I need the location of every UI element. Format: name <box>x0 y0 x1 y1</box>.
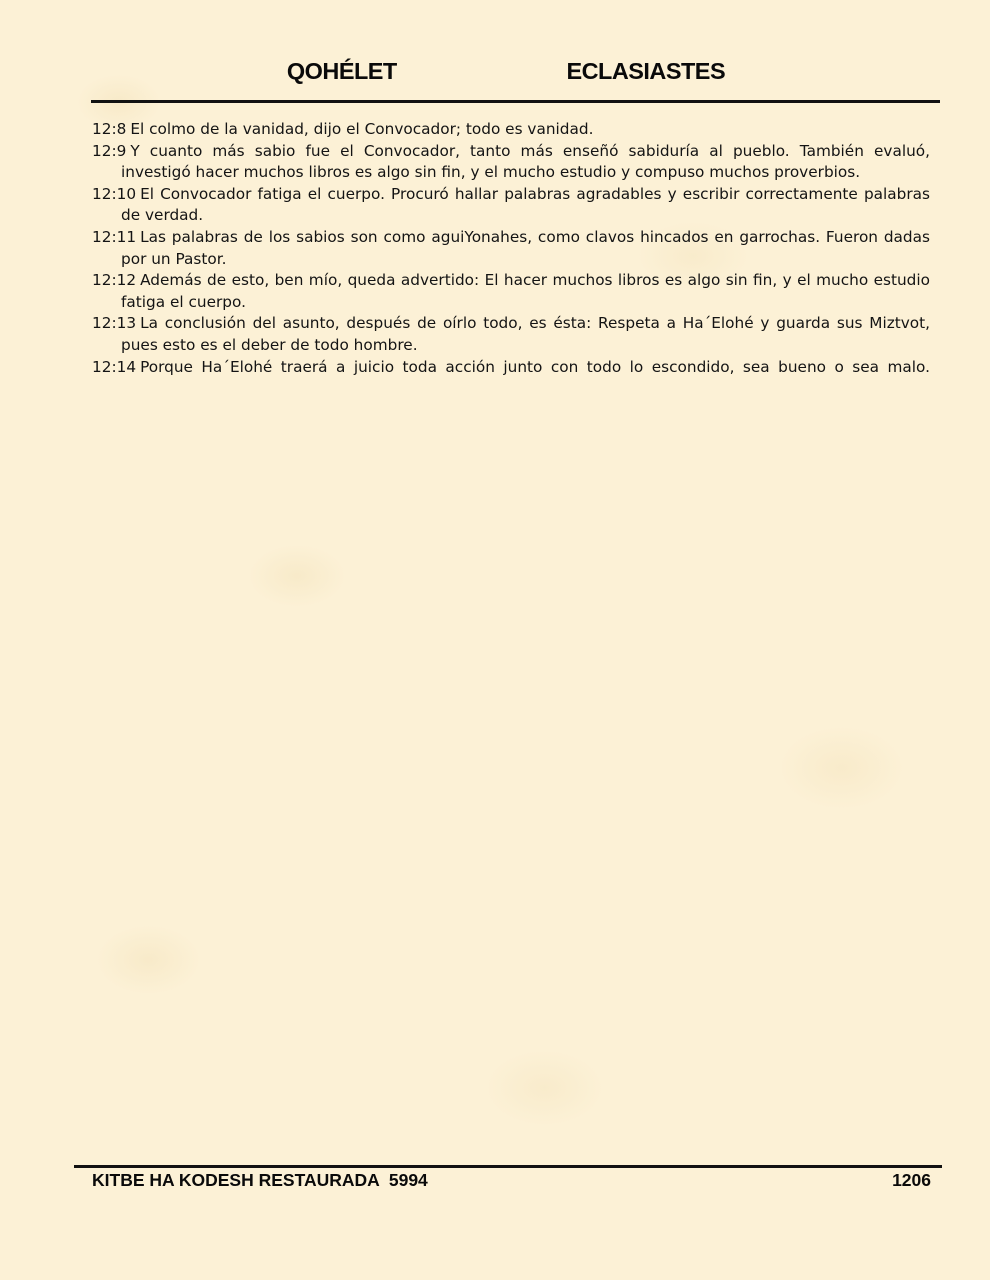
verse-list: 12:8El colmo de la vanidad, dijo el Conv… <box>92 119 930 378</box>
footer-publication-title: KITBE HA KODESH RESTAURADA 5994 <box>92 1170 428 1191</box>
verse-ref: 12:8 <box>92 120 126 138</box>
verse-ref: 12:11 <box>92 228 136 246</box>
footer-divider <box>74 1165 942 1168</box>
verse-12-8: 12:8El colmo de la vanidad, dijo el Conv… <box>92 119 930 141</box>
verse-12-10: 12:10El Convocador fatiga el cuerpo. Pro… <box>92 184 930 227</box>
verse-text: Porque Ha´Elohé traerá a juicio toda acc… <box>140 358 930 376</box>
header-divider <box>91 100 940 103</box>
verse-text: El colmo de la vanidad, dijo el Convocad… <box>130 120 593 138</box>
verse-text: Y cuanto más sabio fue el Convocador, ta… <box>121 142 930 182</box>
verse-12-11: 12:11Las palabras de los sabios son como… <box>92 227 930 270</box>
page-number: 1206 <box>892 1170 931 1191</box>
verse-text: Las palabras de los sabios son como agui… <box>121 228 930 268</box>
verse-12-9: 12:9Y cuanto más sabio fue el Convocador… <box>92 141 930 184</box>
verse-text: La conclusión del asunto, después de oír… <box>121 314 930 354</box>
verse-ref: 12:10 <box>92 185 136 203</box>
book-title-spanish: ECLASIASTES <box>566 58 725 85</box>
verse-ref: 12:12 <box>92 271 136 289</box>
verse-12-14: 12:14Porque Ha´Elohé traerá a juicio tod… <box>92 357 930 379</box>
verse-text: Además de esto, ben mío, queda advertido… <box>121 271 930 311</box>
verse-12-12: 12:12Además de esto, ben mío, queda adve… <box>92 270 930 313</box>
verse-ref: 12:13 <box>92 314 136 332</box>
verse-ref: 12:14 <box>92 358 136 376</box>
book-title-hebrew: QOHÉLET <box>287 58 397 85</box>
verse-text: El Convocador fatiga el cuerpo. Procuró … <box>121 185 930 225</box>
page-header: QOHÉLET ECLASIASTES <box>0 58 990 90</box>
verse-ref: 12:9 <box>92 142 126 160</box>
verse-12-13: 12:13La conclusión del asunto, después d… <box>92 313 930 356</box>
